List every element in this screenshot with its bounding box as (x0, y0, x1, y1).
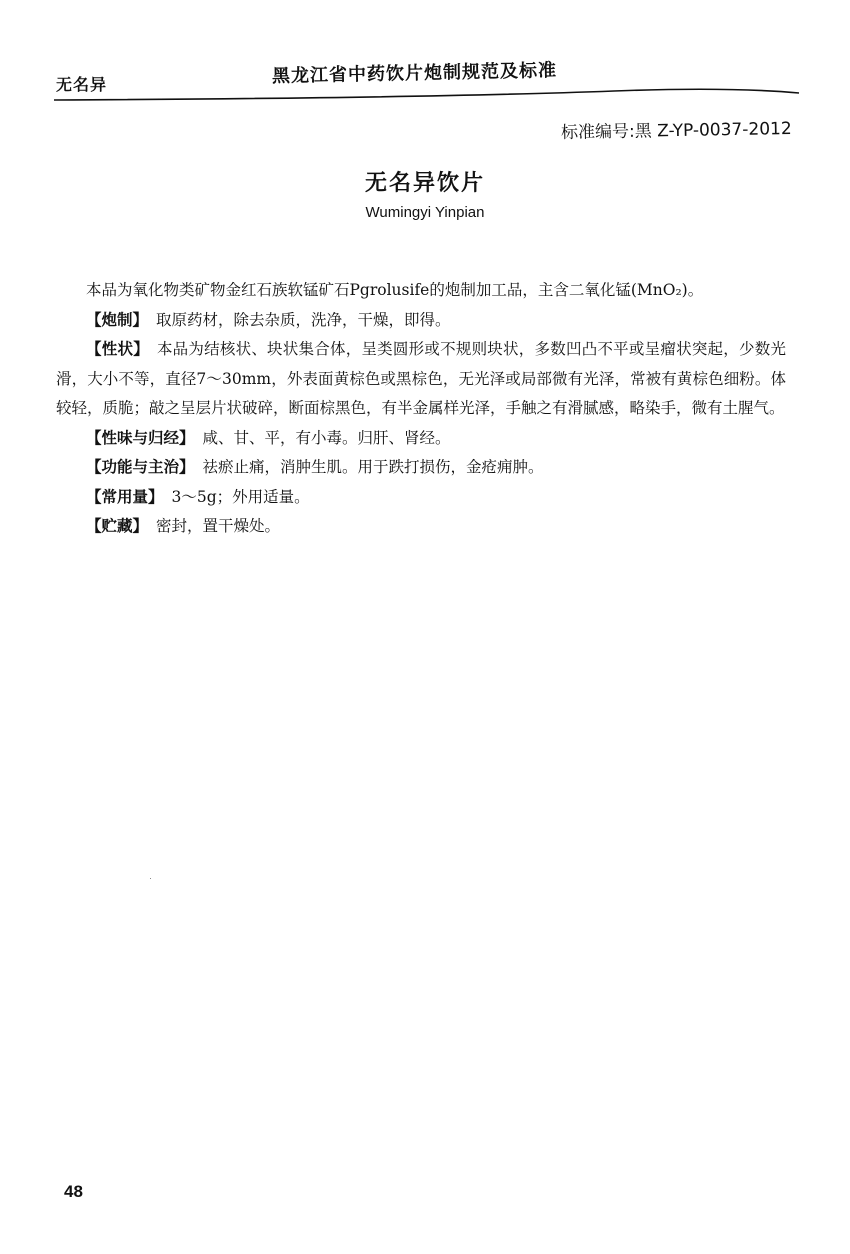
document-body: 本品为氧化物类矿物金红石族软锰矿石Pgrolusife的炮制加工品，主含二氧化锰… (56, 276, 786, 542)
section-characteristics: 【性状】本品为结核状、块状集合体，呈类圆形或不规则块状，多数凹凸不平或呈瘤状突起… (56, 335, 786, 424)
section-text: 本品为结核状、块状集合体，呈类圆形或不规则块状，多数凹凸不平或呈瘤状突起，少数光… (56, 340, 786, 417)
document-title: 无名异饮片 (0, 166, 850, 197)
section-dosage: 【常用量】3～5g；外用适量。 (56, 483, 786, 513)
section-text: 3～5g；外用适量。 (172, 488, 310, 506)
section-processing: 【炮制】取原药材，除去杂质，洗净，干燥，即得。 (56, 306, 786, 336)
running-header-title: 黑龙江省中药饮片炮制规范及标准 (272, 56, 557, 88)
page-number: 48 (64, 1182, 83, 1202)
section-text: 咸、甘、平，有小毒。归肝、肾经。 (203, 429, 451, 447)
section-storage: 【贮藏】密封，置干燥处。 (56, 512, 786, 542)
scan-speck (150, 878, 151, 879)
section-label: 【性状】 (86, 340, 149, 358)
section-label: 【贮藏】 (86, 517, 148, 535)
document-title-pinyin: Wumingyi Yinpian (0, 204, 850, 221)
standard-number: 标准编号:黑 Z-YP-0037-2012 (561, 114, 792, 143)
section-label: 【常用量】 (86, 488, 164, 506)
section-label: 【炮制】 (86, 311, 148, 329)
section-label: 【功能与主治】 (86, 458, 195, 476)
section-text: 取原药材，除去杂质，洗净，干燥，即得。 (156, 311, 451, 329)
section-label: 【性味与归经】 (86, 429, 195, 447)
section-text: 祛瘀止痛，消肿生肌。用于跌打损伤，金疮痈肿。 (203, 458, 544, 476)
intro-paragraph: 本品为氧化物类矿物金红石族软锰矿石Pgrolusife的炮制加工品，主含二氧化锰… (56, 276, 786, 306)
section-nature-meridian: 【性味与归经】咸、甘、平，有小毒。归肝、肾经。 (56, 424, 786, 454)
section-text: 密封，置干燥处。 (156, 517, 280, 535)
section-function-indication: 【功能与主治】祛瘀止痛，消肿生肌。用于跌打损伤，金疮痈肿。 (56, 453, 786, 483)
